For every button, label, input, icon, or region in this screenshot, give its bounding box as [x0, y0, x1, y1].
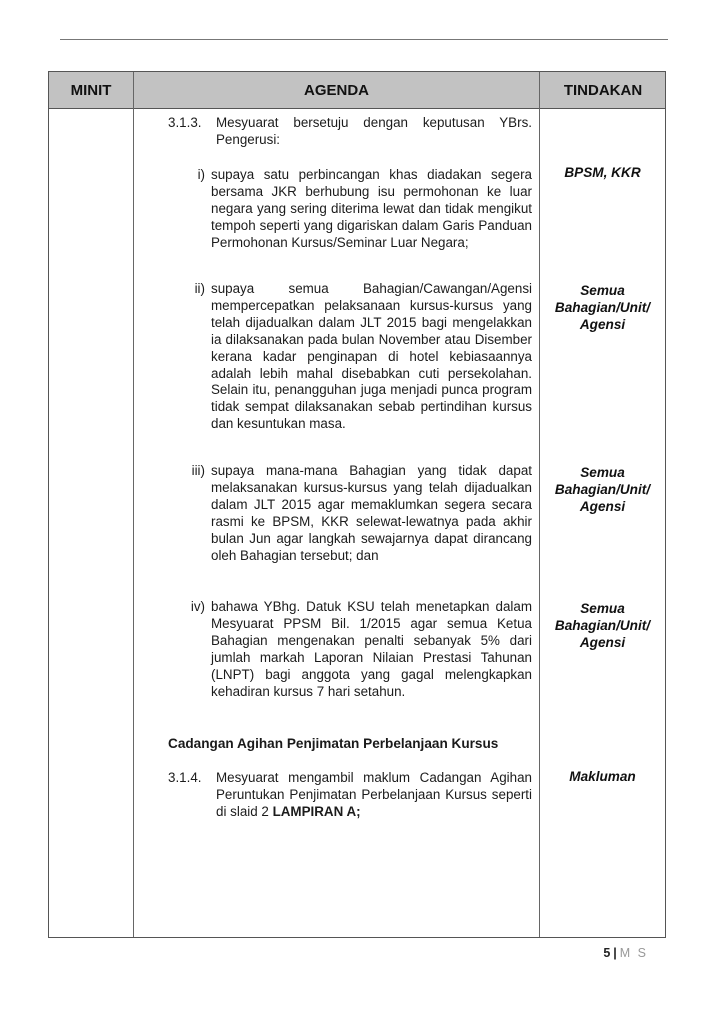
action-item-3: Semua Bahagian/Unit/ Agensi	[539, 464, 666, 515]
list-item: i) supaya satu perbincangan khas diadaka…	[211, 167, 532, 252]
footer-initials: M S	[620, 946, 648, 960]
column-divider	[133, 72, 134, 937]
page-number: 5	[603, 946, 610, 960]
action-item-1: BPSM, KKR	[539, 164, 666, 181]
list-item: iii) supaya mana-mana Bahagian yang tida…	[211, 463, 532, 564]
header-rule	[60, 39, 668, 40]
list-item-text: supaya satu perbincangan khas diadakan s…	[211, 167, 532, 252]
list-marker: ii)	[175, 281, 205, 298]
list-item: ii) supaya semua Bahagian/Cawangan/Agens…	[211, 281, 532, 433]
header-agenda: AGENDA	[134, 72, 539, 108]
section-subheading: Cadangan Agihan Penjimatan Perbelanjaan …	[168, 736, 498, 751]
list-marker: iii)	[175, 463, 205, 480]
paragraph-text: Mesyuarat bersetuju dengan keputusan YBr…	[216, 115, 532, 149]
paragraph-number: 3.1.3.	[168, 115, 202, 132]
list-item-text: supaya mana-mana Bahagian yang tidak dap…	[211, 463, 532, 564]
page-footer: 5|M S	[603, 946, 648, 960]
list-marker: iv)	[175, 599, 205, 616]
table-header: MINIT AGENDA TINDAKAN	[49, 72, 665, 109]
paragraph-number: 3.1.4.	[168, 770, 202, 787]
action-item-5: Makluman	[539, 768, 666, 785]
paragraph-3-1-3: 3.1.3. Mesyuarat bersetuju dengan keputu…	[168, 115, 532, 149]
appendix-reference: LAMPIRAN A;	[273, 804, 361, 819]
list-item: iv) bahawa YBhg. Datuk KSU telah menetap…	[211, 599, 532, 700]
footer-separator: |	[613, 946, 617, 960]
header-tindakan: TINDAKAN	[540, 72, 666, 108]
action-item-2: Semua Bahagian/Unit/ Agensi	[539, 282, 666, 333]
header-minit: MINIT	[49, 72, 133, 108]
list-item-text: supaya semua Bahagian/Cawangan/Agensi me…	[211, 281, 532, 433]
list-item-text: bahawa YBhg. Datuk KSU telah menetapkan …	[211, 599, 532, 700]
list-marker: i)	[175, 167, 205, 184]
action-item-4: Semua Bahagian/Unit/ Agensi	[539, 600, 666, 651]
paragraph-text: Mesyuarat mengambil maklum Cadangan Agih…	[216, 770, 532, 821]
paragraph-text-main: Mesyuarat mengambil maklum Cadangan Agih…	[216, 770, 532, 819]
paragraph-3-1-4: 3.1.4. Mesyuarat mengambil maklum Cadang…	[168, 770, 532, 821]
